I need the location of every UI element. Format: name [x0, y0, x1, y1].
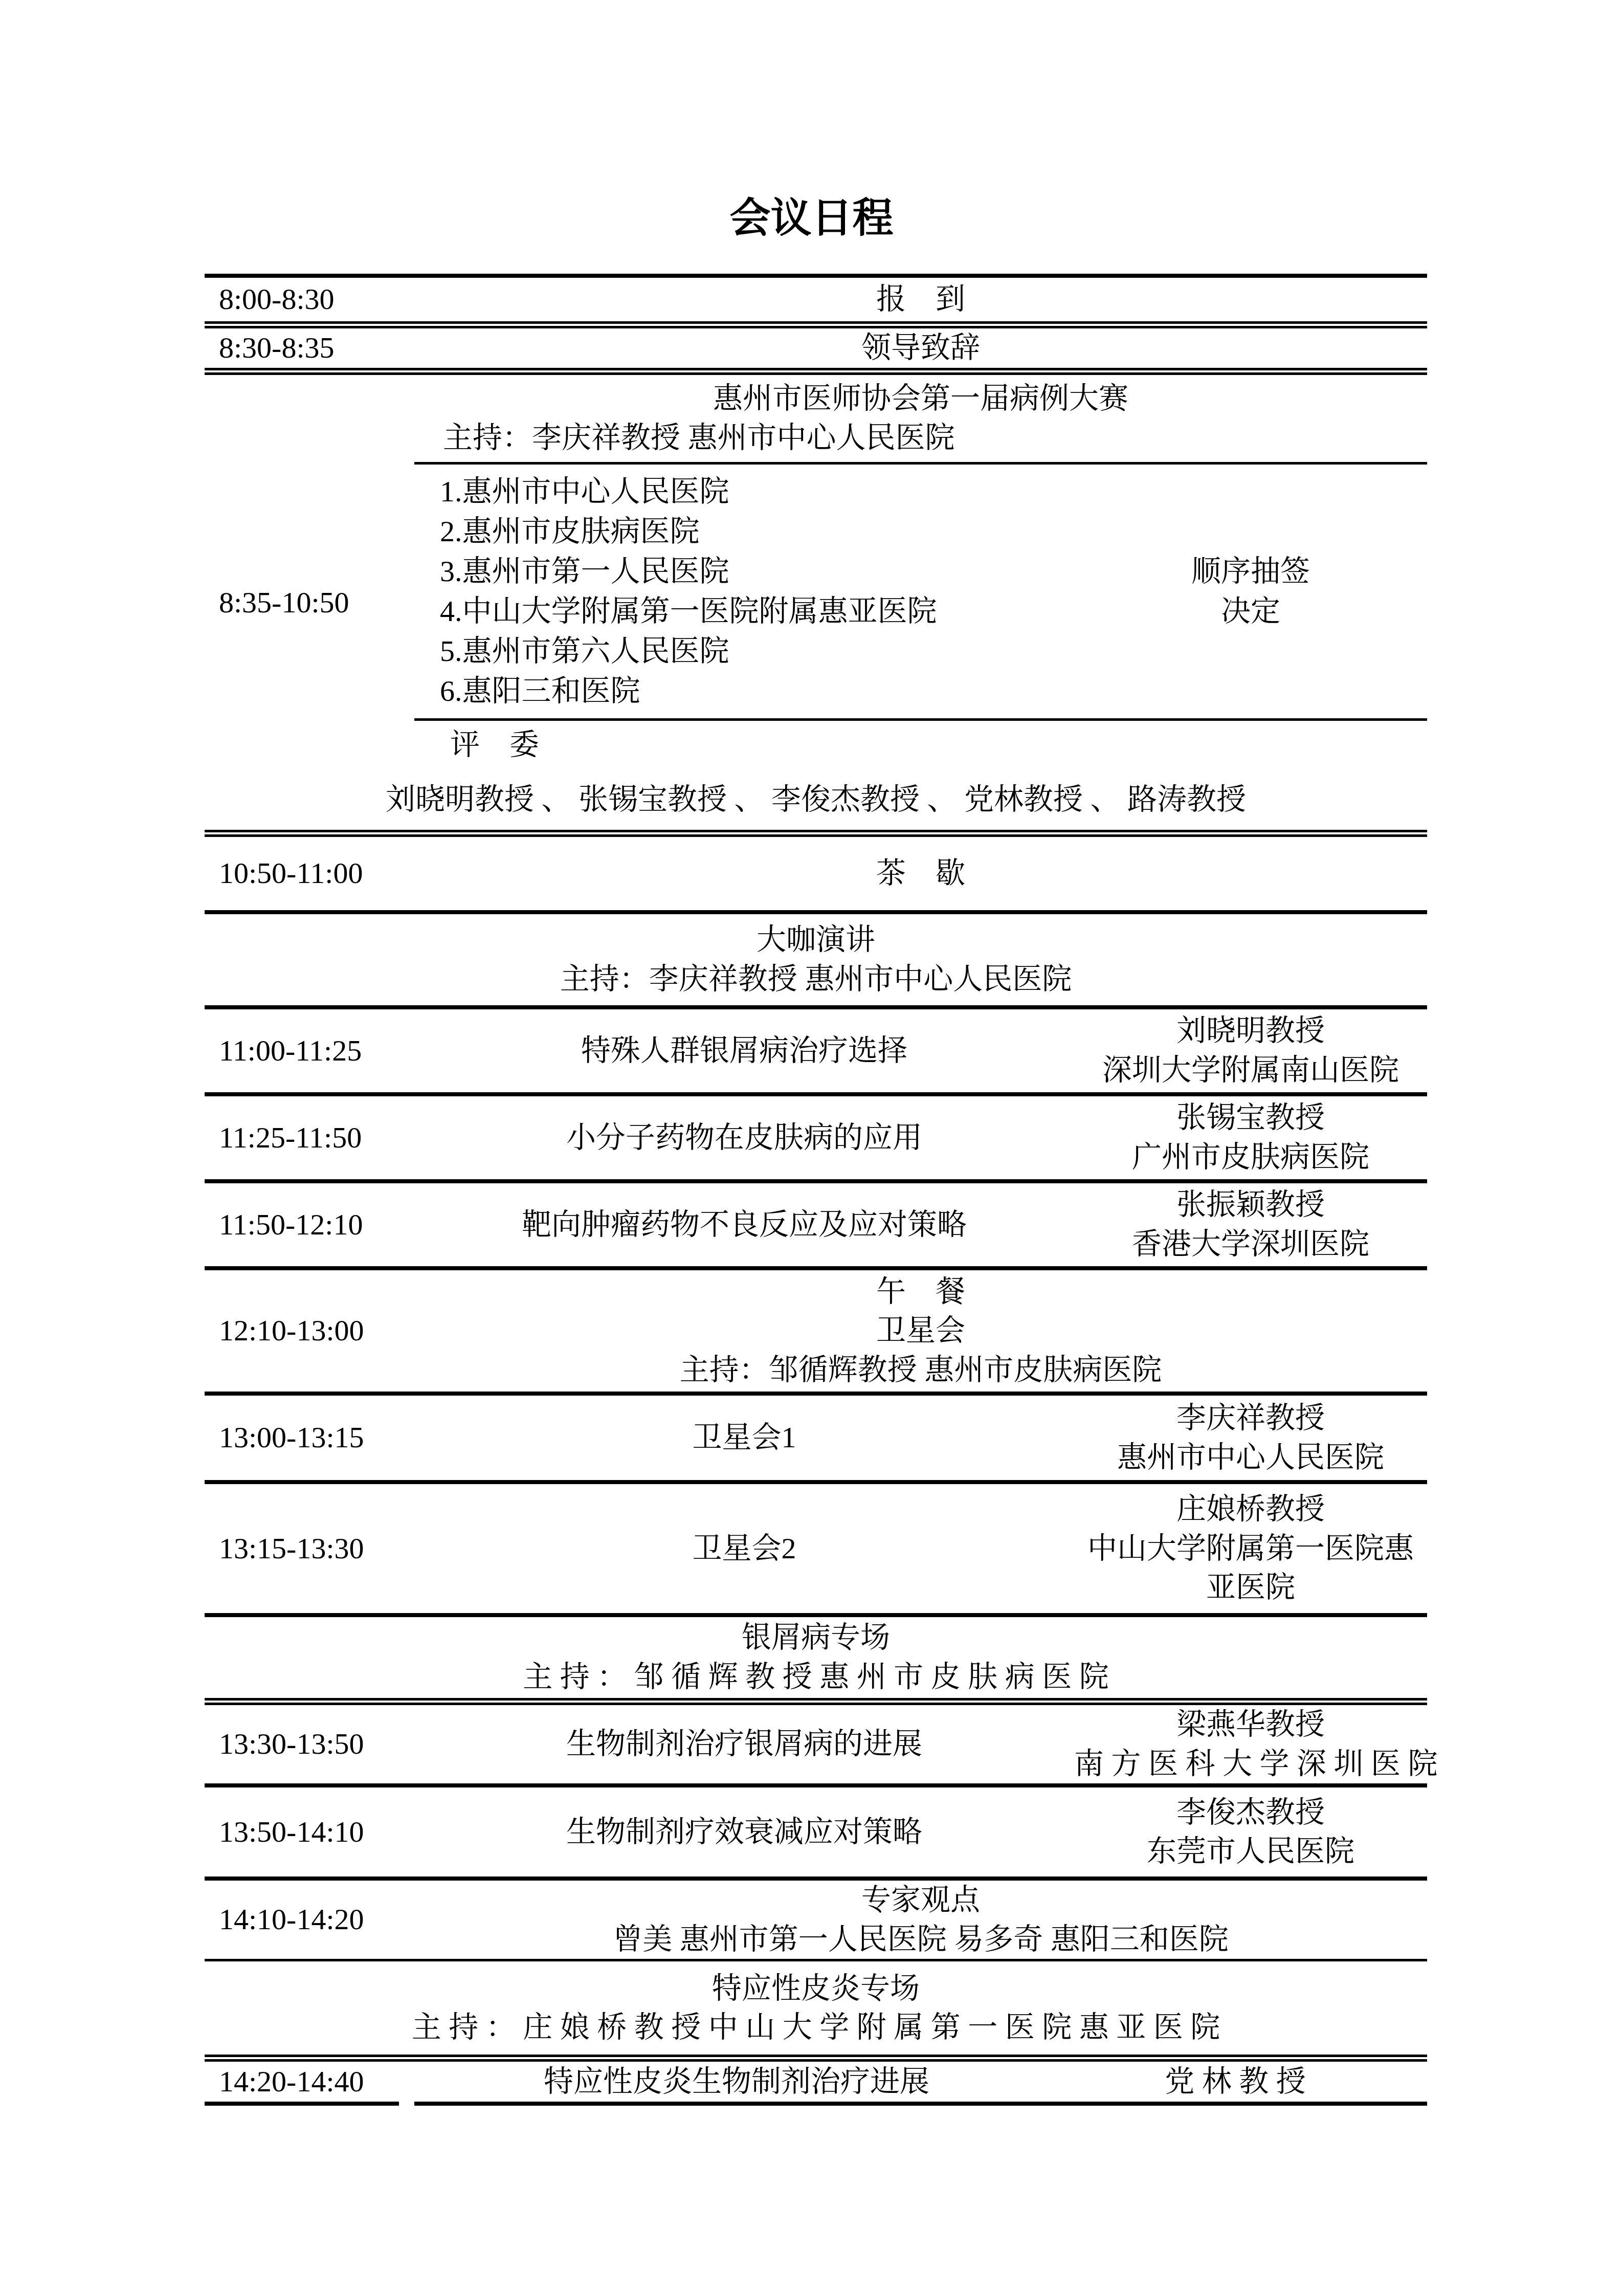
speaker-affiliation: 深圳大学附属南山医院 [1074, 1051, 1427, 1090]
lunch-line2: 卫星会 [414, 1311, 1427, 1351]
speaker-talk3: 张振颖教授 香港大学深圳医院 [1074, 1185, 1427, 1264]
case-contest-host: 主持：李庆祥教授 惠州市中心人民医院 [414, 418, 1427, 458]
time-lunch: 12:10-13:00 [205, 1311, 414, 1351]
speaker-affiliation: 南 方 医 科 大 学 深 圳 医 院 [1074, 1745, 1427, 1784]
underline-gap [399, 2062, 414, 2106]
keynote-heading: 大咖演讲 [205, 920, 1427, 960]
speaker-talk6: 党 林 教 授 [1059, 2062, 1412, 2102]
hospital-item: 5.惠州市第六人民医院 [440, 631, 1074, 671]
row-tea-break: 10:50-11:00 茶 歇 [205, 837, 1427, 914]
speaker-affiliation: 东莞市人民医院 [1074, 1832, 1427, 1871]
row-opening: 8:30-8:35 领导致辞 [205, 328, 1427, 375]
row-satellite1: 13:00-13:15 卫星会1 李庆祥教授 惠州市中心人民医院 [205, 1396, 1427, 1484]
topic-talk4: 生物制剂治疗银屑病的进展 [414, 1725, 1074, 1764]
time-talk6: 14:20-14:40 [205, 2062, 399, 2106]
speaker-talk2: 张锡宝教授 广州市皮肤病医院 [1074, 1098, 1427, 1177]
hospital-item: 2.惠州市皮肤病医院 [440, 512, 1074, 551]
label-registration: 报 到 [414, 280, 1427, 319]
row-talk4: 13:30-13:50 生物制剂治疗银屑病的进展 梁燕华教授 南 方 医 科 大… [205, 1705, 1427, 1787]
speaker-talk5: 李俊杰教授 东莞市人民医院 [1074, 1793, 1427, 1871]
speaker-talk1: 刘晓明教授 深圳大学附属南山医院 [1074, 1011, 1427, 1090]
time-tea-break: 10:50-11:00 [205, 854, 414, 893]
topic-talk3: 靶向肿瘤药物不良反应及应对策略 [414, 1205, 1074, 1245]
topic-talk2: 小分子药物在皮肤病的应用 [414, 1118, 1074, 1158]
keynote-host: 主持：李庆祥教授 惠州市中心人民医院 [205, 960, 1427, 999]
time-talk5: 13:50-14:10 [205, 1813, 414, 1852]
row-expert-views: 14:10-14:20 专家观点 曾美 惠州市第一人民医院 易多奇 惠阳三和医院 [205, 1881, 1427, 1961]
time-registration: 8:00-8:30 [205, 280, 414, 319]
topic-talk6: 特应性皮炎生物制剂治疗进展 [414, 2062, 1059, 2102]
time-expert-views: 14:10-14:20 [205, 1900, 414, 1939]
case-contest-right: 惠州市医师协会第一届病例大赛 主持：李庆祥教授 惠州市中心人民医院 1.惠州市中… [414, 375, 1427, 721]
hospital-item: 3.惠州市第一人民医院 [440, 551, 1074, 591]
section-case-contest: 8:35-10:50 惠州市医师协会第一届病例大赛 主持：李庆祥教授 惠州市中心… [205, 375, 1427, 837]
draw-order-line1: 顺序抽签 [1074, 551, 1427, 591]
row-registration: 8:00-8:30 报 到 [205, 278, 1427, 328]
time-opening: 8:30-8:35 [205, 328, 414, 368]
time-satellite2: 13:15-13:30 [205, 1529, 414, 1569]
expert-views-content: 专家观点 曾美 惠州市第一人民医院 易多奇 惠阳三和医院 [414, 1881, 1427, 1959]
section-psoriasis-header: 银屑病专场 主 持 ： 邹 循 辉 教 授 惠 州 市 皮 肤 病 医 院 [205, 1617, 1427, 1705]
time-talk4: 13:30-13:50 [205, 1725, 414, 1764]
label-opening: 领导致辞 [414, 328, 1427, 368]
topic-talk5: 生物制剂疗效衰减应对策略 [414, 1813, 1074, 1852]
case-contest-body: 1.惠州市中心人民医院 2.惠州市皮肤病医院 3.惠州市第一人民医院 4.中山大… [414, 465, 1427, 721]
row-satellite2: 13:15-13:30 卫星会2 庄娘桥教授 中山大学附属第一医院惠亚医院 [205, 1484, 1427, 1617]
topic-satellite1: 卫星会1 [414, 1418, 1074, 1458]
row-lunch: 12:10-13:00 午 餐 卫星会 主持：邹循辉教授 惠州市皮肤病医院 [205, 1270, 1427, 1396]
topic-talk1: 特殊人群银屑病治疗选择 [414, 1031, 1074, 1071]
speaker-name: 李俊杰教授 [1074, 1793, 1427, 1833]
topic-satellite2: 卫星会2 [414, 1529, 1074, 1569]
ad-host: 主 持 ： 庄 娘 桥 教 授 中 山 大 学 附 属 第 一 医 院 惠 亚 … [205, 2008, 1427, 2047]
draw-order-line2: 决定 [1074, 591, 1427, 631]
speaker-satellite1: 李庆祥教授 惠州市中心人民医院 [1074, 1399, 1427, 1477]
lunch-host: 主持：邹循辉教授 惠州市皮肤病医院 [414, 1351, 1427, 1390]
row-talk6: 14:20-14:40 特应性皮炎生物制剂治疗进展 党 林 教 授 [205, 2062, 1427, 2106]
expert-views-names: 曾美 惠州市第一人民医院 易多奇 惠阳三和医院 [414, 1920, 1427, 1959]
section-ad-header: 特应性皮炎专场 主 持 ： 庄 娘 桥 教 授 中 山 大 学 附 属 第 一 … [205, 1961, 1427, 2062]
agenda-table: 8:00-8:30 报 到 8:30-8:35 领导致辞 8:35-10:50 … [205, 274, 1427, 2106]
hospital-item: 1.惠州市中心人民医院 [440, 472, 1074, 512]
row-talk1: 11:00-11:25 特殊人群银屑病治疗选择 刘晓明教授 深圳大学附属南山医院 [205, 1009, 1427, 1096]
time-talk3: 11:50-12:10 [205, 1205, 414, 1245]
time-satellite1: 13:00-13:15 [205, 1418, 414, 1458]
speaker-name: 刘晓明教授 [1074, 1011, 1427, 1051]
hospital-item: 6.惠阳三和医院 [440, 671, 1074, 711]
speaker-satellite2: 庄娘桥教授 中山大学附属第一医院惠亚医院 [1074, 1490, 1427, 1607]
speaker-affiliation: 中山大学附属第一医院惠亚医院 [1074, 1529, 1427, 1607]
speaker-affiliation: 惠州市中心人民医院 [1074, 1438, 1427, 1477]
speaker-name: 梁燕华教授 [1074, 1705, 1427, 1745]
psoriasis-heading: 银屑病专场 [205, 1618, 1427, 1658]
speaker-affiliation: 香港大学深圳医院 [1074, 1225, 1427, 1264]
speaker-name: 张锡宝教授 [1074, 1098, 1427, 1138]
speaker-name: 张振颖教授 [1074, 1185, 1427, 1225]
speaker-affiliation: 广州市皮肤病医院 [1074, 1138, 1427, 1177]
hospital-item: 4.中山大学附属第一医院附属惠亚医院 [440, 591, 1074, 631]
speaker-name: 李庆祥教授 [1074, 1399, 1427, 1438]
case-contest-heading: 惠州市医师协会第一届病例大赛 [414, 379, 1427, 418]
lunch-content: 午 餐 卫星会 主持：邹循辉教授 惠州市皮肤病医院 [414, 1272, 1427, 1390]
draw-order-note: 顺序抽签 决定 [1074, 551, 1427, 631]
judges-names: 刘晓明教授 、 张锡宝教授 、 李俊杰教授 、 党林教授 、 路涛教授 [205, 769, 1427, 830]
label-tea-break: 茶 歇 [414, 854, 1427, 893]
hospital-list: 1.惠州市中心人民医院 2.惠州市皮肤病医院 3.惠州市第一人民医院 4.中山大… [414, 465, 1074, 718]
speaker-talk4: 梁燕华教授 南 方 医 科 大 学 深 圳 医 院 [1074, 1705, 1427, 1783]
page-title: 会议日程 [0, 0, 1623, 251]
agenda-page: 会议日程 8:00-8:30 报 到 8:30-8:35 领导致辞 8:35-1… [0, 0, 1623, 2296]
time-case-contest: 8:35-10:50 [219, 583, 349, 622]
judges-label: 评 委 [414, 721, 1427, 769]
row-talk3: 11:50-12:10 靶向肿瘤药物不良反应及应对策略 张振颖教授 香港大学深圳… [205, 1183, 1427, 1270]
section-keynote-header: 大咖演讲 主持：李庆祥教授 惠州市中心人民医院 [205, 914, 1427, 1009]
psoriasis-host: 主 持 ： 邹 循 辉 教 授 惠 州 市 皮 肤 病 医 院 [205, 1658, 1427, 1697]
row-talk2: 11:25-11:50 小分子药物在皮肤病的应用 张锡宝教授 广州市皮肤病医院 [205, 1096, 1427, 1183]
speaker-name: 庄娘桥教授 [1074, 1490, 1427, 1529]
expert-views-heading: 专家观点 [414, 1881, 1427, 1920]
ad-heading: 特应性皮炎专场 [205, 1969, 1427, 2008]
time-talk1: 11:00-11:25 [205, 1031, 414, 1071]
time-talk2: 11:25-11:50 [205, 1118, 414, 1158]
case-contest-header: 惠州市医师协会第一届病例大赛 主持：李庆祥教授 惠州市中心人民医院 [414, 375, 1427, 465]
talk6-main: 特应性皮炎生物制剂治疗进展 党 林 教 授 [414, 2062, 1427, 2106]
row-talk5: 13:50-14:10 生物制剂疗效衰减应对策略 李俊杰教授 东莞市人民医院 [205, 1787, 1427, 1881]
lunch-line1: 午 餐 [414, 1272, 1427, 1312]
